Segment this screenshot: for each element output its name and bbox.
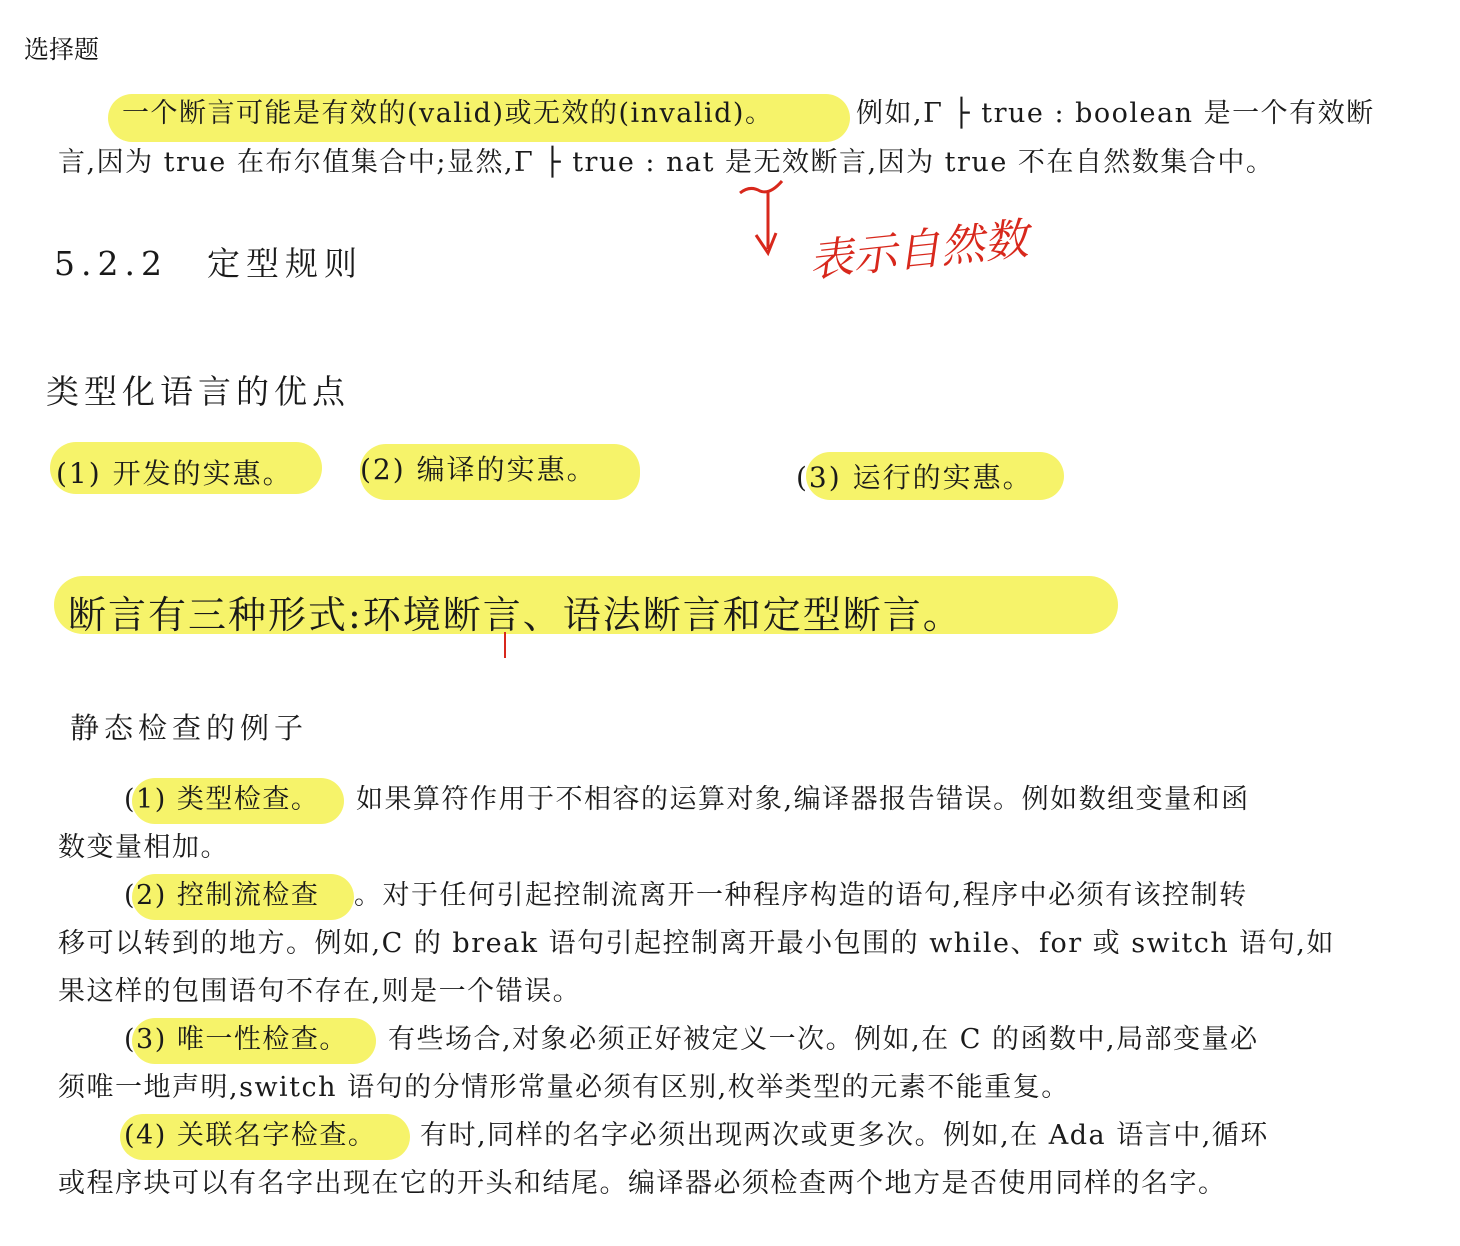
check-2-line3: 果这样的包围语句不存在,则是一个错误。: [58, 974, 581, 1010]
check-4-line1: 有时,同样的名字必须出现两次或更多次。例如,在 Ada 语言中,循环: [420, 1118, 1269, 1154]
passage1-line1-rest: 例如,Γ ├ true : boolean 是一个有效断: [856, 96, 1375, 132]
annotation-arrow-icon: [738, 175, 798, 265]
check-4-line2: 或程序块可以有名字出现在它的开头和结尾。编译器必须检查两个地方是否使用同样的名字…: [58, 1166, 1227, 1202]
check-1-line2: 数变量相加。: [58, 830, 229, 866]
check-3-line1: 有些场合,对象必须正好被定义一次。例如,在 C 的函数中,局部变量必: [388, 1022, 1259, 1058]
assertion-forms-text: 断言有三种形式:环境断言、语法断言和定型断言。: [68, 584, 963, 639]
check-4-label: (4) 关联名字检查。: [124, 1118, 376, 1154]
check-3-label: (3) 唯一性检查。: [124, 1022, 348, 1058]
passage1-line2: 言,因为 true 在布尔值集合中;显然,Γ ├ true : nat 是无效断…: [58, 145, 1274, 181]
check-1-label: (1) 类型检查。: [124, 782, 319, 818]
handwritten-note: 表示自然数: [805, 203, 1030, 290]
advantage-item-3: (3) 运行的实惠。: [796, 456, 1033, 496]
static-checks-heading: 静态检查的例子: [70, 706, 308, 747]
check-2-label: (2) 控制流检查: [124, 878, 319, 914]
advantages-heading: 类型化语言的优点: [46, 366, 350, 413]
check-2-line2: 移可以转到的地方。例如,C 的 break 语句引起控制离开最小包围的 whil…: [58, 926, 1335, 962]
advantage-item-1: (1) 开发的实惠。: [56, 452, 293, 492]
check-1-line1: 如果算符作用于不相容的运算对象,编译器报告错误。例如数组变量和函: [356, 782, 1250, 818]
page-title: 选择题: [24, 30, 99, 66]
passage1-line1-highlighted: 一个断言可能是有效的(valid)或无效的(invalid)。: [122, 96, 773, 132]
check-2-line1: 。对于任何引起控制流离开一种程序构造的语句,程序中必须有该控制转: [354, 878, 1248, 914]
advantage-item-2: (2) 编译的实惠。: [360, 448, 597, 488]
check-3-line2: 须唯一地声明,switch 语句的分情形常量必须有区别,枚举类型的元素不能重复。: [58, 1070, 1070, 1106]
section-heading: 5.2.2 定型规则: [54, 238, 363, 285]
